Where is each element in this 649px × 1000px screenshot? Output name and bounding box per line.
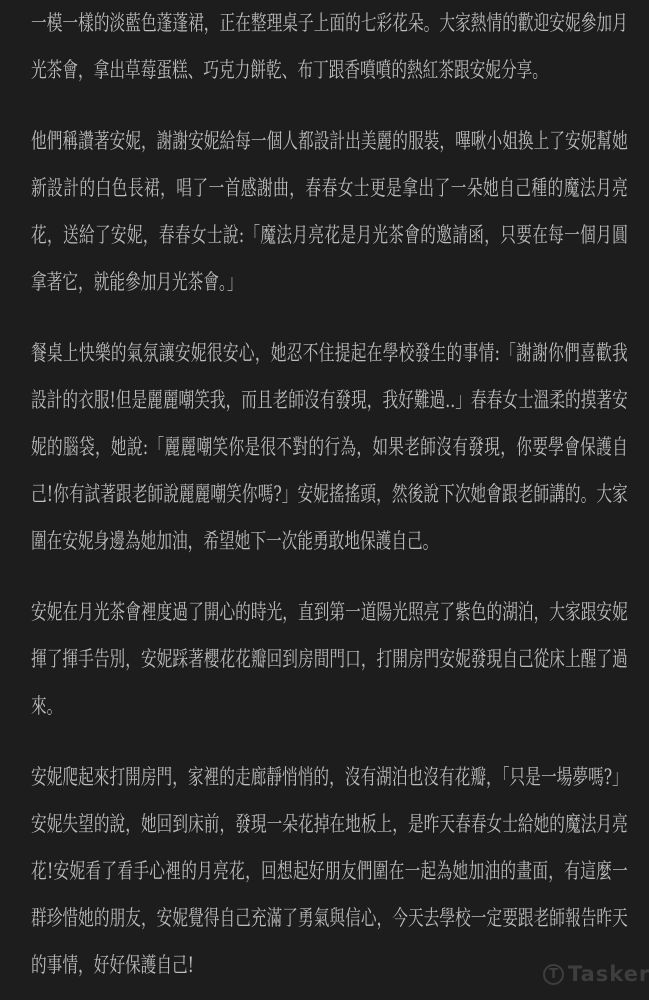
story-page: 一模一樣的淡藍色蓬蓬裙，正在整理桌子上面的七彩花朵。大家熱情的歡迎安妮參加月光茶… [31, 0, 628, 989]
story-paragraph: 他們稱讚著安妮，謝謝安妮給每一個人都設計出美麗的服裝，嗶啾小姐換上了安妮幫她新設… [31, 118, 628, 306]
story-paragraph: 安妮爬起來打開房門，家裡的走廊靜悄悄的，沒有湖泊也沒有花瓣，「只是一場夢嗎?」安… [31, 754, 628, 989]
watermark-brand-text: Tasker [568, 962, 649, 986]
tasker-watermark: T Tasker [543, 962, 649, 986]
story-paragraph: 安妮在月光茶會裡度過了開心的時光，直到第一道陽光照亮了紫色的湖泊，大家跟安妮揮了… [31, 589, 628, 730]
story-paragraph: 餐桌上快樂的氣氛讓安妮很安心，她忍不住提起在學校發生的事情:「謝謝你們喜歡我設計… [31, 330, 628, 565]
tasker-logo-icon: T [543, 964, 564, 985]
story-paragraph: 一模一樣的淡藍色蓬蓬裙，正在整理桌子上面的七彩花朵。大家熱情的歡迎安妮參加月光茶… [31, 0, 628, 94]
